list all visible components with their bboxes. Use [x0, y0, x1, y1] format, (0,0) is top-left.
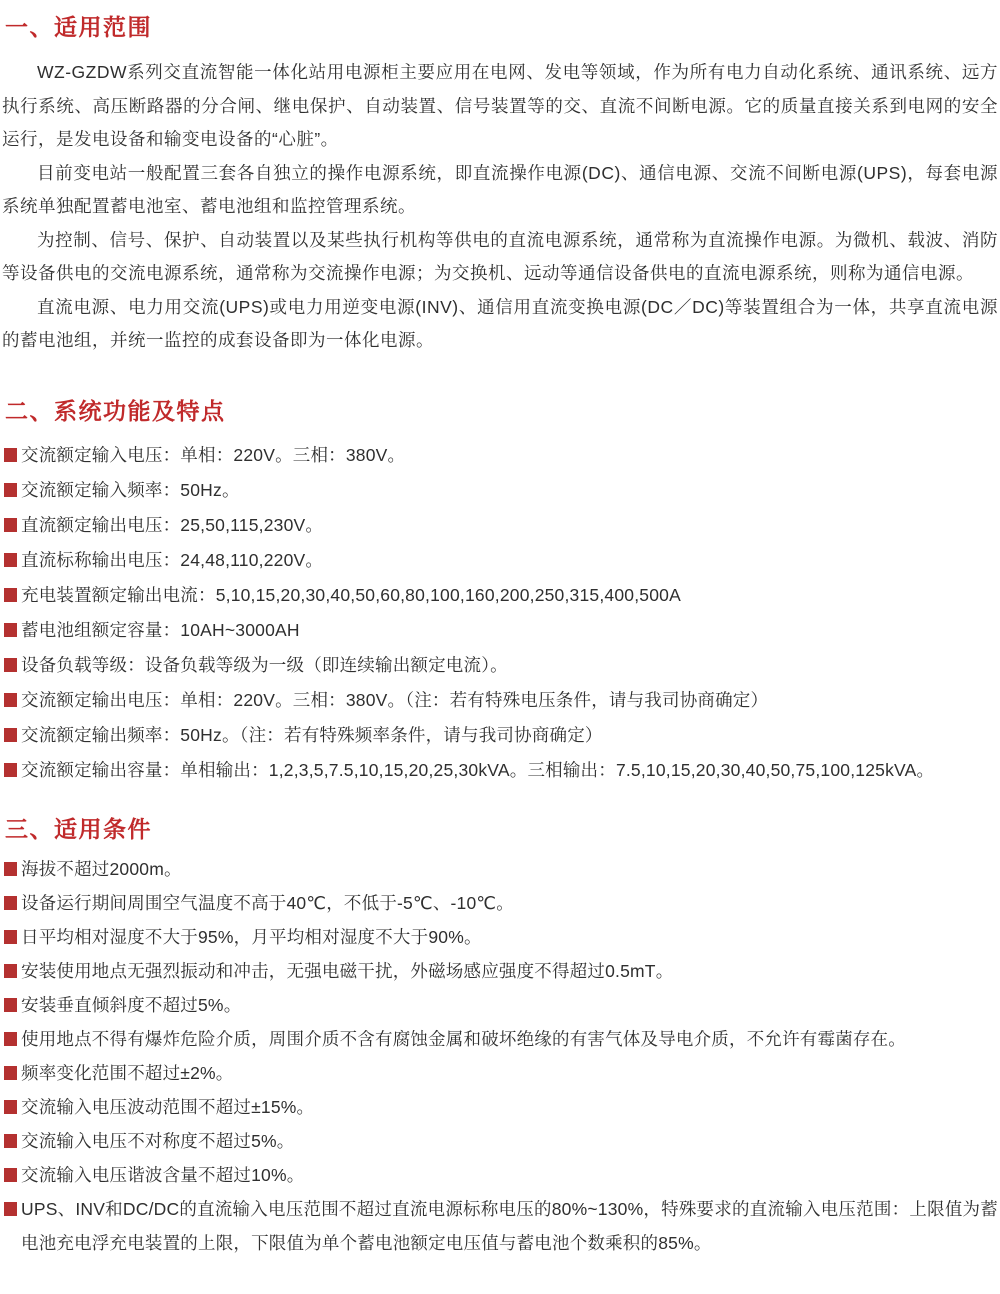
bullet-item: 直流标称输出电压：24,48,110,220V。	[2, 543, 998, 578]
bullet-square-icon	[4, 964, 17, 978]
bullet-square-icon	[4, 1100, 17, 1114]
bullet-item: 海拔不超过2000m。	[2, 852, 998, 886]
bullet-item: 交流输入电压谐波含量不超过10%。	[2, 1158, 998, 1192]
bullet-square-icon	[4, 693, 17, 707]
bullet-square-icon	[4, 1202, 17, 1216]
section-bullet-list: 交流额定输入电压：单相：220V。三相：380V。交流额定输入频率：50Hz。直…	[2, 438, 998, 788]
bullet-text: 频率变化范围不超过±2%。	[21, 1063, 234, 1083]
bullet-square-icon	[4, 930, 17, 944]
bullet-text: 交流额定输出容量：单相输出：1,2,3,5,7.5,10,15,20,25,30…	[21, 760, 934, 780]
bullet-text: 交流额定输入电压：单相：220V。三相：380V。	[21, 445, 405, 465]
bullet-text: 设备运行期间周围空气温度不高于40℃，不低于-5℃、-10℃。	[21, 893, 514, 913]
bullet-text: 日平均相对湿度不大于95%，月平均相对湿度不大于90%。	[21, 927, 482, 947]
bullet-text: 蓄电池组额定容量：10AH~3000AH	[21, 620, 300, 640]
bullet-text: 设备负载等级：设备负载等级为一级（即连续输出额定电流）。	[21, 655, 508, 675]
paragraph: 为控制、信号、保护、自动装置以及某些执行机构等供电的直流电源系统，通常称为直流操…	[2, 224, 998, 291]
bullet-square-icon	[4, 518, 17, 532]
bullet-item: UPS、INV和DC/DC的直流输入电压范围不超过直流电源标称电压的80%~13…	[2, 1192, 998, 1260]
bullet-text: 交流输入电压波动范围不超过±15%。	[21, 1097, 314, 1117]
bullet-text: 安装垂直倾斜度不超过5%。	[21, 995, 241, 1015]
bullet-item: 交流额定输入频率：50Hz。	[2, 473, 998, 508]
section-scope: 一、适用范围 WZ-GZDW系列交直流智能一体化站用电源柜主要应用在电网、发电等…	[2, 12, 998, 358]
bullet-item: 设备负载等级：设备负载等级为一级（即连续输出额定电流）。	[2, 648, 998, 683]
bullet-text: 海拔不超过2000m。	[21, 859, 182, 879]
bullet-item: 交流额定输出容量：单相输出：1,2,3,5,7.5,10,15,20,25,30…	[2, 753, 998, 788]
bullet-square-icon	[4, 763, 17, 777]
bullet-square-icon	[4, 448, 17, 462]
bullet-text: 交流额定输出频率：50Hz。（注：若有特殊频率条件，请与我司协商确定）	[21, 725, 603, 745]
bullet-square-icon	[4, 483, 17, 497]
bullet-item: 蓄电池组额定容量：10AH~3000AH	[2, 613, 998, 648]
section-features: 二、系统功能及特点 交流额定输入电压：单相：220V。三相：380V。交流额定输…	[2, 396, 998, 788]
bullet-square-icon	[4, 1066, 17, 1080]
bullet-square-icon	[4, 658, 17, 672]
section-paragraphs: WZ-GZDW系列交直流智能一体化站用电源柜主要应用在电网、发电等领域，作为所有…	[2, 56, 998, 358]
bullet-item: 交流额定输出频率：50Hz。（注：若有特殊频率条件，请与我司协商确定）	[2, 718, 998, 753]
section-heading-features: 二、系统功能及特点	[5, 396, 998, 426]
bullet-item: 交流额定输入电压：单相：220V。三相：380V。	[2, 438, 998, 473]
bullet-square-icon	[4, 728, 17, 742]
bullet-text: 交流输入电压谐波含量不超过10%。	[21, 1165, 304, 1185]
paragraph: 直流电源、电力用交流(UPS)或电力用逆变电源(INV)、通信用直流变换电源(D…	[2, 291, 998, 358]
bullet-text: 交流额定输出电压：单相：220V。三相：380V。（注：若有特殊电压条件，请与我…	[21, 690, 768, 710]
bullet-square-icon	[4, 998, 17, 1012]
bullet-item: 交流输入电压波动范围不超过±15%。	[2, 1090, 998, 1124]
bullet-item: 充电装置额定输出电流：5,10,15,20,30,40,50,60,80,100…	[2, 578, 998, 613]
bullet-text: UPS、INV和DC/DC的直流输入电压范围不超过直流电源标称电压的80%~13…	[21, 1199, 998, 1253]
bullet-item: 安装垂直倾斜度不超过5%。	[2, 988, 998, 1022]
bullet-item: 设备运行期间周围空气温度不高于40℃，不低于-5℃、-10℃。	[2, 886, 998, 920]
bullet-square-icon	[4, 1134, 17, 1148]
bullet-square-icon	[4, 623, 17, 637]
bullet-item: 交流输入电压不对称度不超过5%。	[2, 1124, 998, 1158]
bullet-text: 交流输入电压不对称度不超过5%。	[21, 1131, 295, 1151]
section-heading-scope: 一、适用范围	[5, 12, 998, 42]
bullet-text: 直流额定输出电压：25,50,115,230V。	[21, 515, 323, 535]
bullet-square-icon	[4, 553, 17, 567]
bullet-text: 使用地点不得有爆炸危险介质，周围介质不含有腐蚀金属和破坏绝缘的有害气体及导电介质…	[21, 1029, 906, 1049]
bullet-item: 安装使用地点无强烈振动和冲击，无强电磁干扰，外磁场感应强度不得超过0.5mT。	[2, 954, 998, 988]
bullet-square-icon	[4, 862, 17, 876]
bullet-item: 频率变化范围不超过±2%。	[2, 1056, 998, 1090]
bullet-item: 交流额定输出电压：单相：220V。三相：380V。（注：若有特殊电压条件，请与我…	[2, 683, 998, 718]
bullet-text: 安装使用地点无强烈振动和冲击，无强电磁干扰，外磁场感应强度不得超过0.5mT。	[21, 961, 673, 981]
bullet-item: 直流额定输出电压：25,50,115,230V。	[2, 508, 998, 543]
paragraph: 目前变电站一般配置三套各自独立的操作电源系统，即直流操作电源(DC)、通信电源、…	[2, 157, 998, 224]
bullet-square-icon	[4, 896, 17, 910]
section-bullet-list: 海拔不超过2000m。设备运行期间周围空气温度不高于40℃，不低于-5℃、-10…	[2, 852, 998, 1260]
bullet-square-icon	[4, 588, 17, 602]
bullet-text: 交流额定输入频率：50Hz。	[21, 480, 240, 500]
bullet-text: 充电装置额定输出电流：5,10,15,20,30,40,50,60,80,100…	[21, 585, 681, 605]
section-conditions: 三、适用条件 海拔不超过2000m。设备运行期间周围空气温度不高于40℃，不低于…	[2, 814, 998, 1260]
bullet-item: 日平均相对湿度不大于95%，月平均相对湿度不大于90%。	[2, 920, 998, 954]
bullet-square-icon	[4, 1168, 17, 1182]
paragraph: WZ-GZDW系列交直流智能一体化站用电源柜主要应用在电网、发电等领域，作为所有…	[2, 56, 998, 157]
bullet-item: 使用地点不得有爆炸危险介质，周围介质不含有腐蚀金属和破坏绝缘的有害气体及导电介质…	[2, 1022, 998, 1056]
section-heading-conditions: 三、适用条件	[5, 814, 998, 844]
bullet-text: 直流标称输出电压：24,48,110,220V。	[21, 550, 323, 570]
document-page: 一、适用范围 WZ-GZDW系列交直流智能一体化站用电源柜主要应用在电网、发电等…	[0, 0, 1000, 1294]
bullet-square-icon	[4, 1032, 17, 1046]
